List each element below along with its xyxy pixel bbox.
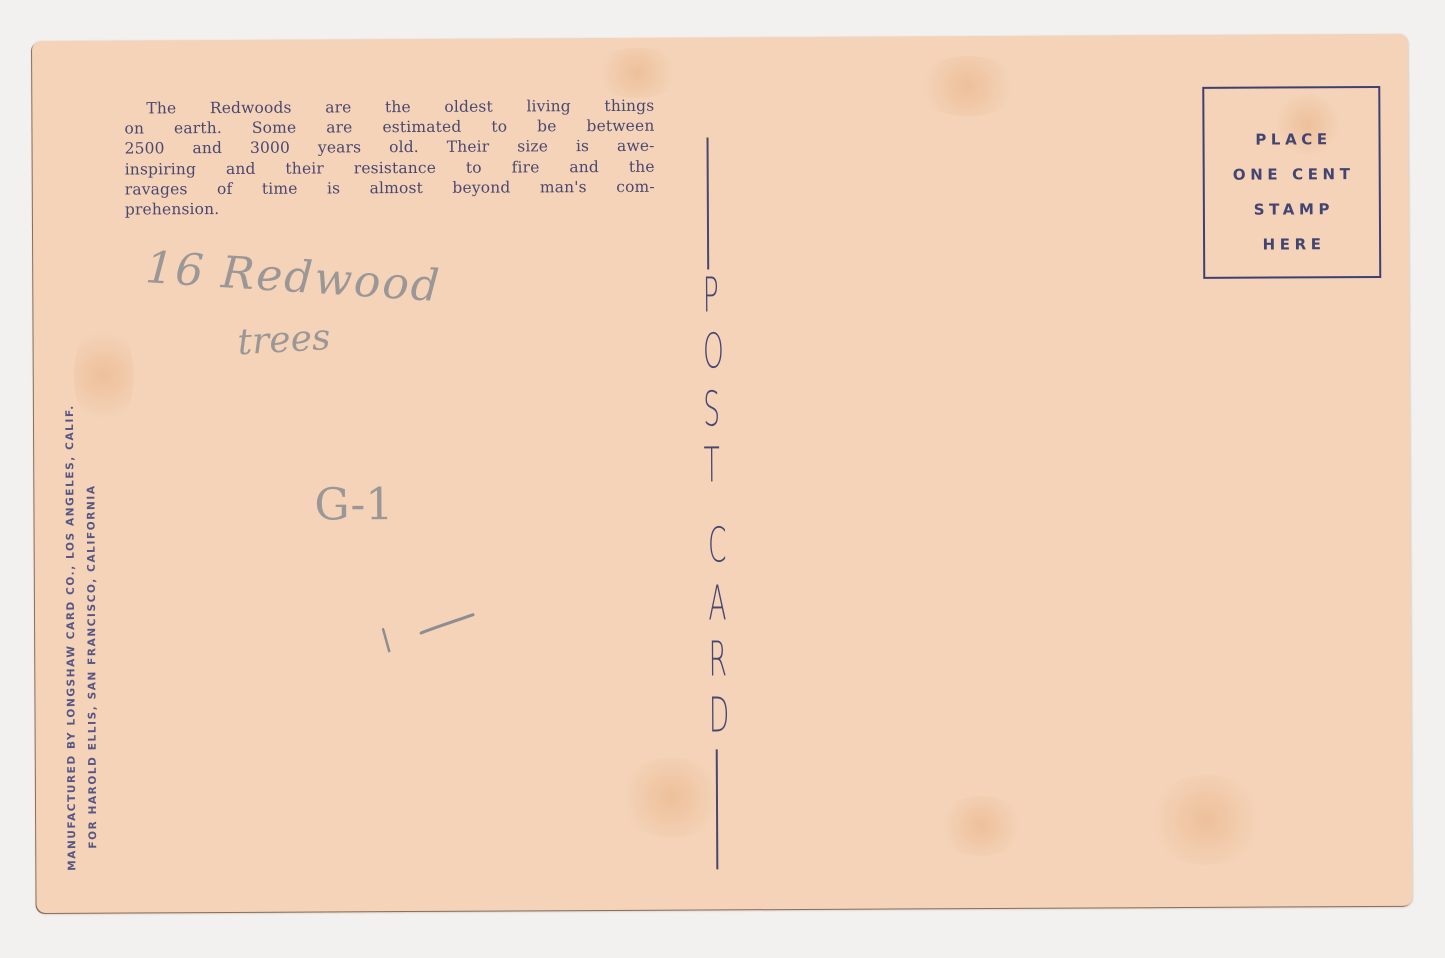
stamp-instructions: PLACE ONE CENT STAMP HERE — [1204, 122, 1379, 263]
divider-letter: C — [708, 521, 721, 569]
handwritten-subtitle: trees — [236, 317, 331, 363]
divider-letter: R — [709, 635, 722, 683]
stamp-line: HERE — [1205, 227, 1379, 263]
divider-line-top — [707, 137, 709, 269]
paper-stain — [912, 56, 1022, 117]
handwritten-title: 16 Redwood — [144, 242, 443, 312]
description-line: 2500 and 3000 years old. Their size is a… — [125, 136, 655, 159]
paper-stain — [1146, 775, 1266, 866]
description-line: on earth. Some are estimated to be betwe… — [124, 116, 654, 139]
stamp-box: PLACE ONE CENT STAMP HERE — [1202, 86, 1381, 279]
paper-stain — [592, 48, 682, 98]
imprint-manufacturer: MANUFACTURED BY LONGSHAW CARD CO., LOS A… — [60, 404, 83, 871]
stamp-line: ONE CENT — [1205, 157, 1379, 193]
stamp-line: PLACE — [1204, 122, 1378, 158]
imprint-distributor: FOR HAROLD ELLIS, SAN FRANCISCO, CALIFOR… — [81, 404, 104, 871]
description-line: The Redwoods are the oldest living thing… — [124, 96, 654, 119]
divider-letter: P — [703, 271, 716, 319]
post-card-divider: P O S T C A R D — [701, 137, 745, 877]
paper-stain — [936, 796, 1026, 856]
divider-letter: O — [703, 327, 716, 375]
divider-letter: D — [709, 691, 722, 739]
publisher-imprint: MANUFACTURED BY LONGSHAW CARD CO., LOS A… — [60, 404, 104, 871]
divider-letter: A — [708, 579, 721, 627]
stamp-line: STAMP — [1205, 192, 1379, 228]
scan-background: The Redwoods are the oldest living thing… — [0, 0, 1445, 958]
description-line: ravages of time is almost beyond man's c… — [125, 177, 655, 200]
description-line: inspiring and their resistance to fire a… — [125, 156, 655, 179]
pencil-mark — [381, 611, 475, 671]
divider-line-bottom — [716, 749, 718, 869]
divider-letter: S — [703, 385, 716, 433]
divider-letter: T — [704, 441, 717, 489]
description-line: prehension. — [125, 197, 655, 220]
description-text: The Redwoods are the oldest living thing… — [124, 96, 655, 220]
handwritten-code: G-1 — [314, 479, 393, 530]
postcard: The Redwoods are the oldest living thing… — [32, 34, 1413, 913]
